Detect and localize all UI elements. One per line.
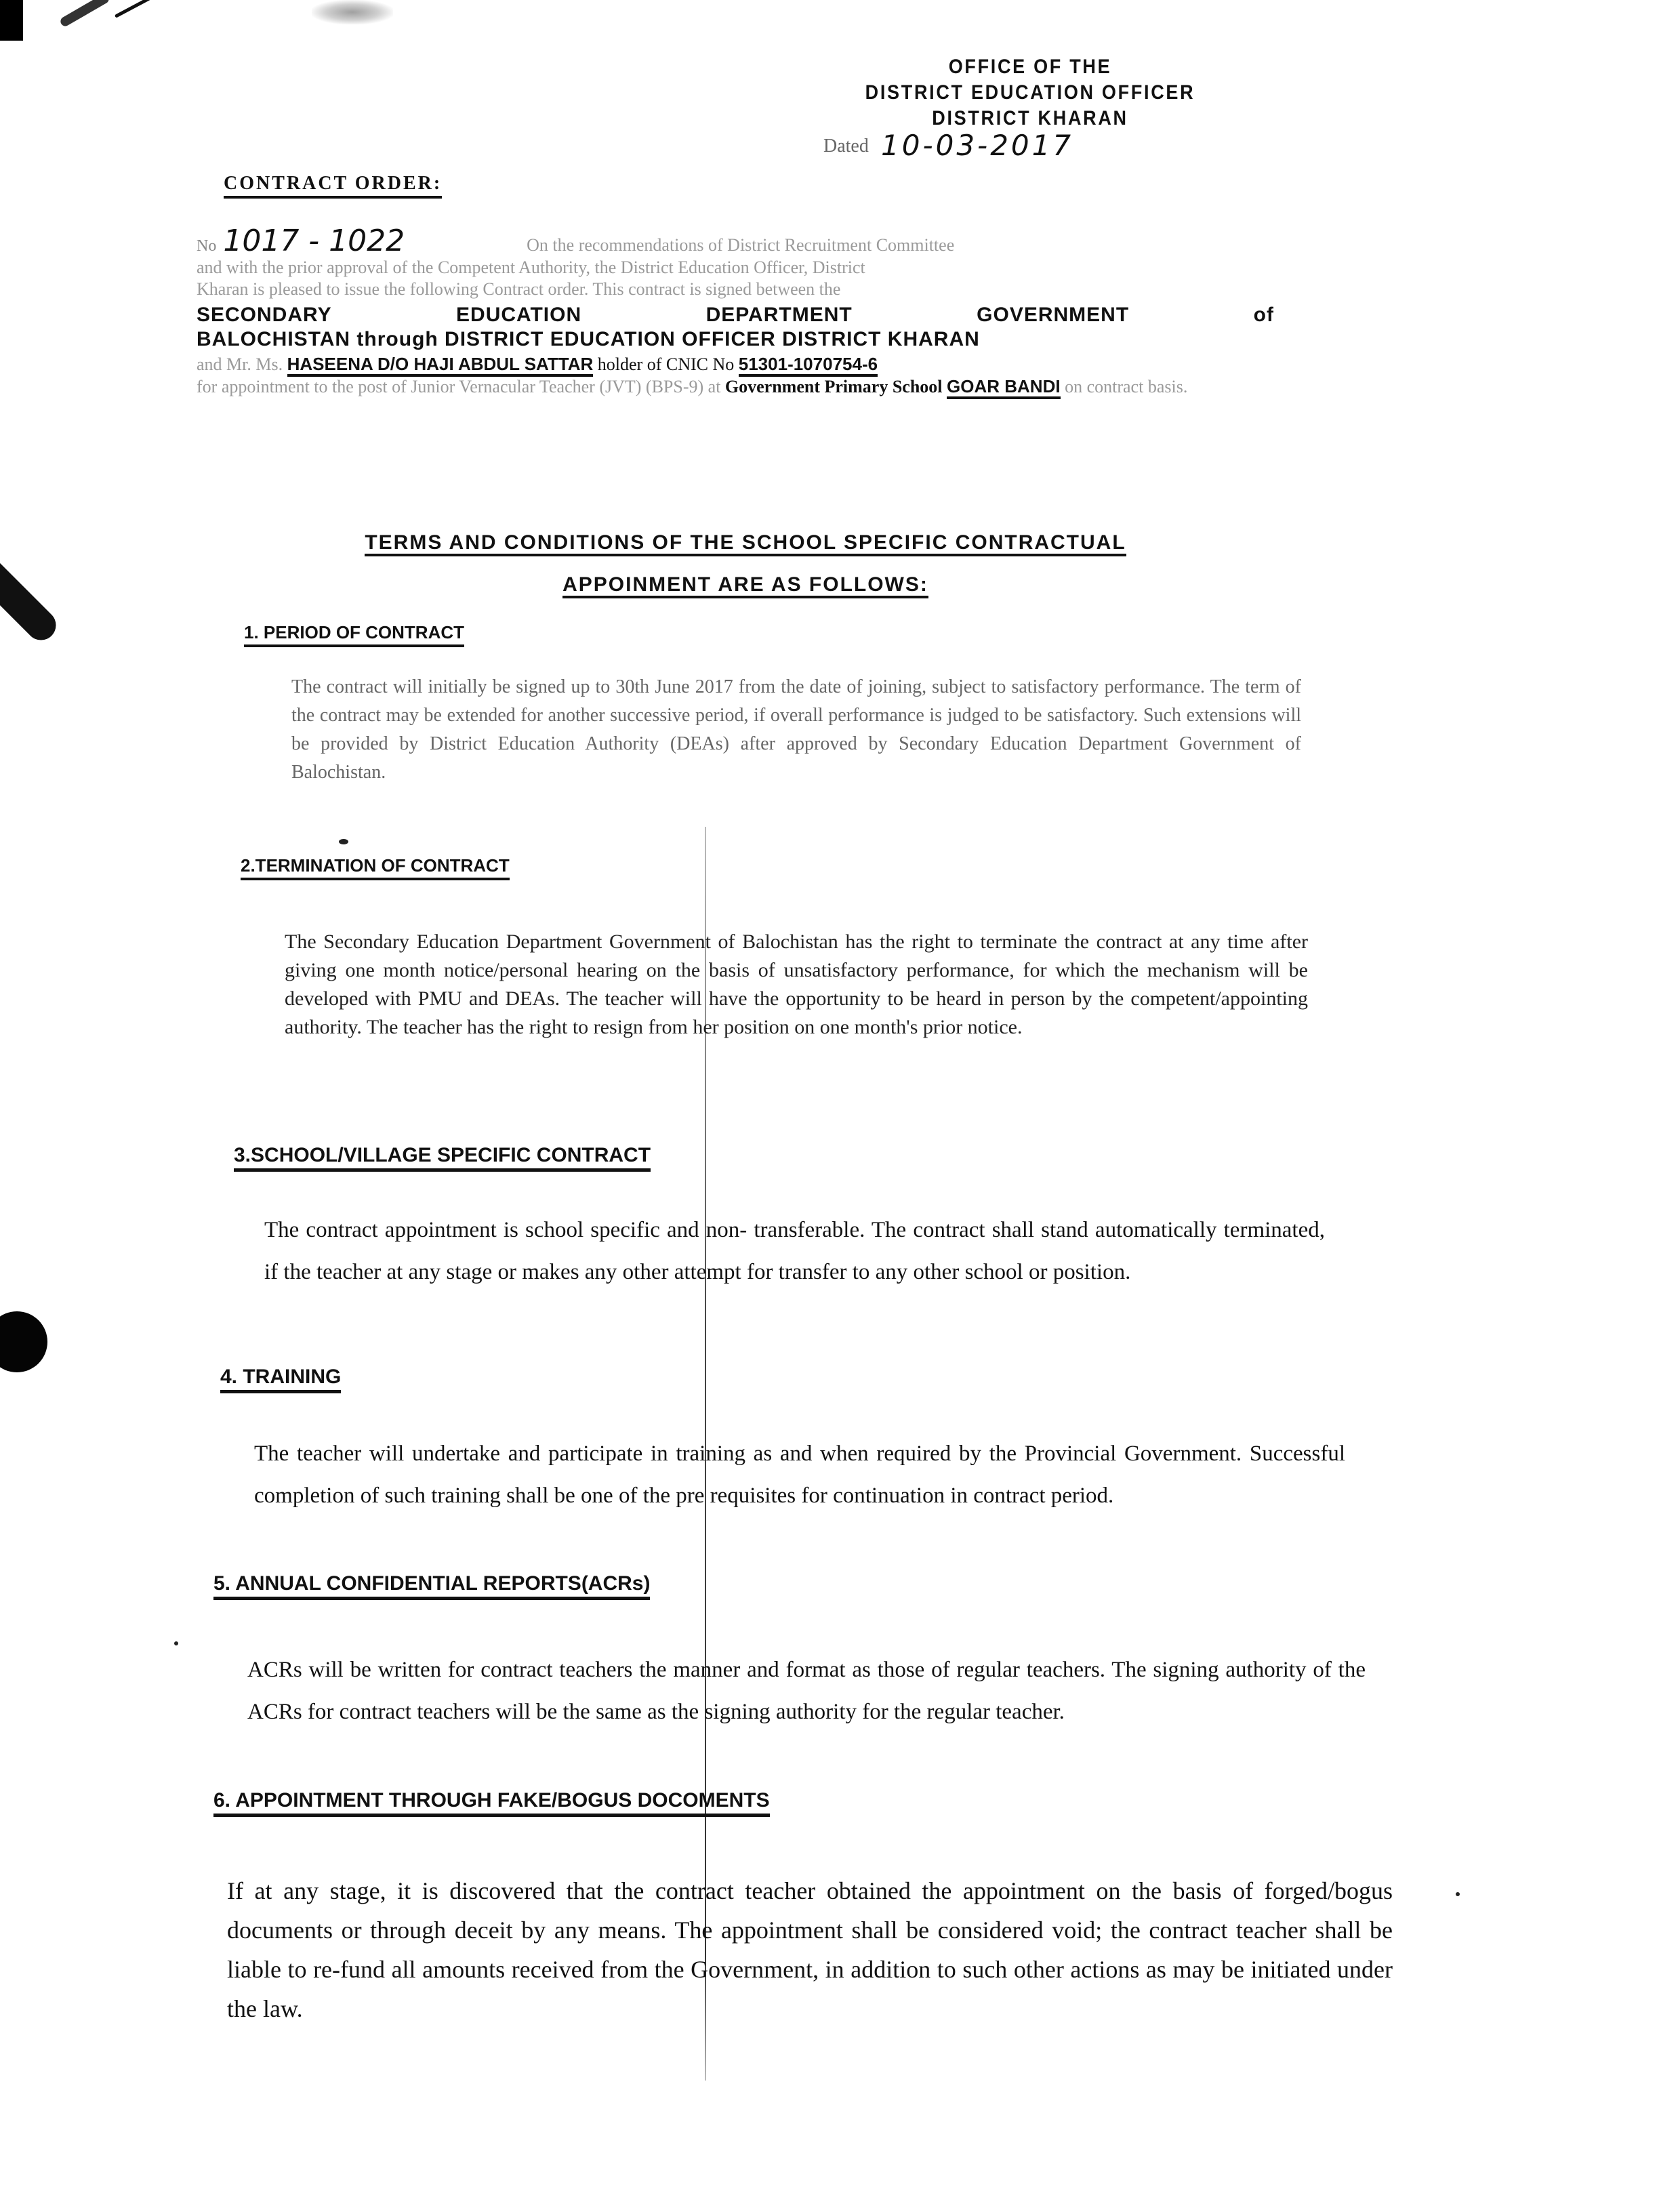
letterhead-line-3: DISTRICT KHARAN: [811, 106, 1250, 131]
section-body: The contract appointment is school speci…: [264, 1209, 1325, 1293]
speck: [1456, 1892, 1460, 1896]
section-training: 4. TRAINING The teacher will undertake a…: [220, 1366, 1345, 1517]
contract-order-title: CONTRACT ORDER:: [224, 173, 442, 199]
scanned-contract-page: OFFICE OF THE DISTRICT EDUCATION OFFICER…: [0, 0, 1659, 2212]
dated-label: Dated: [823, 136, 869, 157]
punch-hole: [0, 1311, 47, 1372]
intro-line-3: Kharan is pleased to issue the following…: [197, 279, 1274, 300]
parties-line-1: SECONDARY EDUCATION DEPARTMENT GOVERNMEN…: [197, 304, 1274, 326]
party-word: GOVERNMENT: [977, 304, 1129, 326]
section-body: ACRs will be written for contract teache…: [247, 1649, 1366, 1733]
section-heading: 4. TRAINING: [220, 1366, 341, 1393]
section-heading: 2.TERMINATION OF CONTRACT: [241, 855, 510, 880]
school-name: GOAR BANDI: [947, 376, 1061, 399]
stamp-smudge: [312, 0, 393, 24]
party-word: EDUCATION: [456, 304, 581, 326]
letterhead-line-1: OFFICE OF THE: [811, 54, 1250, 80]
section-period-of-contract: 1. PERIOD OF CONTRACT The contract will …: [244, 622, 1301, 787]
section-termination-of-contract: 2.TERMINATION OF CONTRACT The Secondary …: [241, 855, 1308, 1042]
parties-line-2: BALOCHISTAN through DISTRICT EDUCATION O…: [197, 329, 1274, 350]
section-body: If at any stage, it is discovered that t…: [227, 1871, 1393, 2028]
teacher-name: HASEENA D/O HAJI ABDUL SATTAR: [287, 354, 594, 377]
terms-title-line-2: APPOINMENT ARE AS FOLLOWS:: [562, 573, 928, 598]
section-body: The teacher will undertake and participa…: [254, 1433, 1345, 1517]
basis-text: on contract basis.: [1065, 377, 1187, 396]
section-school-village-specific-contract: 3.SCHOOL/VILLAGE SPECIFIC CONTRACT The c…: [234, 1144, 1325, 1293]
section-annual-confidential-reports: 5. ANNUAL CONFIDENTIAL REPORTS(ACRs) ACR…: [213, 1572, 1366, 1733]
section-body: The Secondary Education Department Gover…: [285, 928, 1308, 1042]
order-number-handwritten: 1017 - 1022: [223, 224, 405, 258]
letterhead-line-2: DISTRICT EDUCATION OFFICER: [811, 80, 1250, 106]
scan-edge-shadow: [0, 0, 23, 41]
cnic-number: 51301-1070754-6: [739, 354, 878, 377]
party-word: SECONDARY: [197, 304, 332, 326]
section-heading: 5. ANNUAL CONFIDENTIAL REPORTS(ACRs): [213, 1572, 650, 1600]
cnic-label: holder of CNIC No: [598, 354, 734, 374]
section-heading: 1. PERIOD OF CONTRACT: [244, 622, 464, 647]
intro-paragraph: No1017 - 1022On the recommendations of D…: [197, 230, 1274, 398]
intro-line-2: and with the prior approval of the Compe…: [197, 257, 1274, 279]
section-body: The contract will initially be signed up…: [291, 673, 1301, 787]
speck: [174, 1641, 178, 1645]
dated-value-handwritten: 10-03-2017: [881, 129, 1073, 162]
ink-stroke-mark: [115, 0, 182, 18]
section-heading: 6. APPOINTMENT THROUGH FAKE/BOGUS DOCOME…: [213, 1789, 770, 1817]
office-letterhead: OFFICE OF THE DISTRICT EDUCATION OFFICER…: [786, 54, 1274, 131]
title-prefix: and Mr. Ms.: [197, 354, 283, 374]
terms-and-conditions-title: TERMS AND CONDITIONS OF THE SCHOOL SPECI…: [264, 522, 1227, 606]
teacher-line: and Mr. Ms. HASEENA D/O HAJI ABDUL SATTA…: [197, 353, 1274, 375]
order-no-prefix: No: [197, 237, 216, 255]
post-line: for appointment to the post of Junior Ve…: [197, 375, 1274, 398]
intro-line-1: On the recommendations of District Recru…: [527, 235, 954, 255]
post-text: for appointment to the post of Junior Ve…: [197, 377, 720, 396]
party-word: of: [1254, 304, 1274, 326]
section-heading: 3.SCHOOL/VILLAGE SPECIFIC CONTRACT: [234, 1144, 651, 1172]
school-prefix: Government Primary School: [725, 377, 943, 396]
ink-stroke-mark: [59, 0, 110, 28]
binder-clip-shadow: [0, 553, 62, 646]
terms-title-line-1: TERMS AND CONDITIONS OF THE SCHOOL SPECI…: [365, 531, 1126, 556]
speck: [339, 839, 348, 844]
party-word: DEPARTMENT: [706, 304, 853, 326]
section-appointment-through-fake-documents: 6. APPOINTMENT THROUGH FAKE/BOGUS DOCOME…: [213, 1789, 1393, 2028]
